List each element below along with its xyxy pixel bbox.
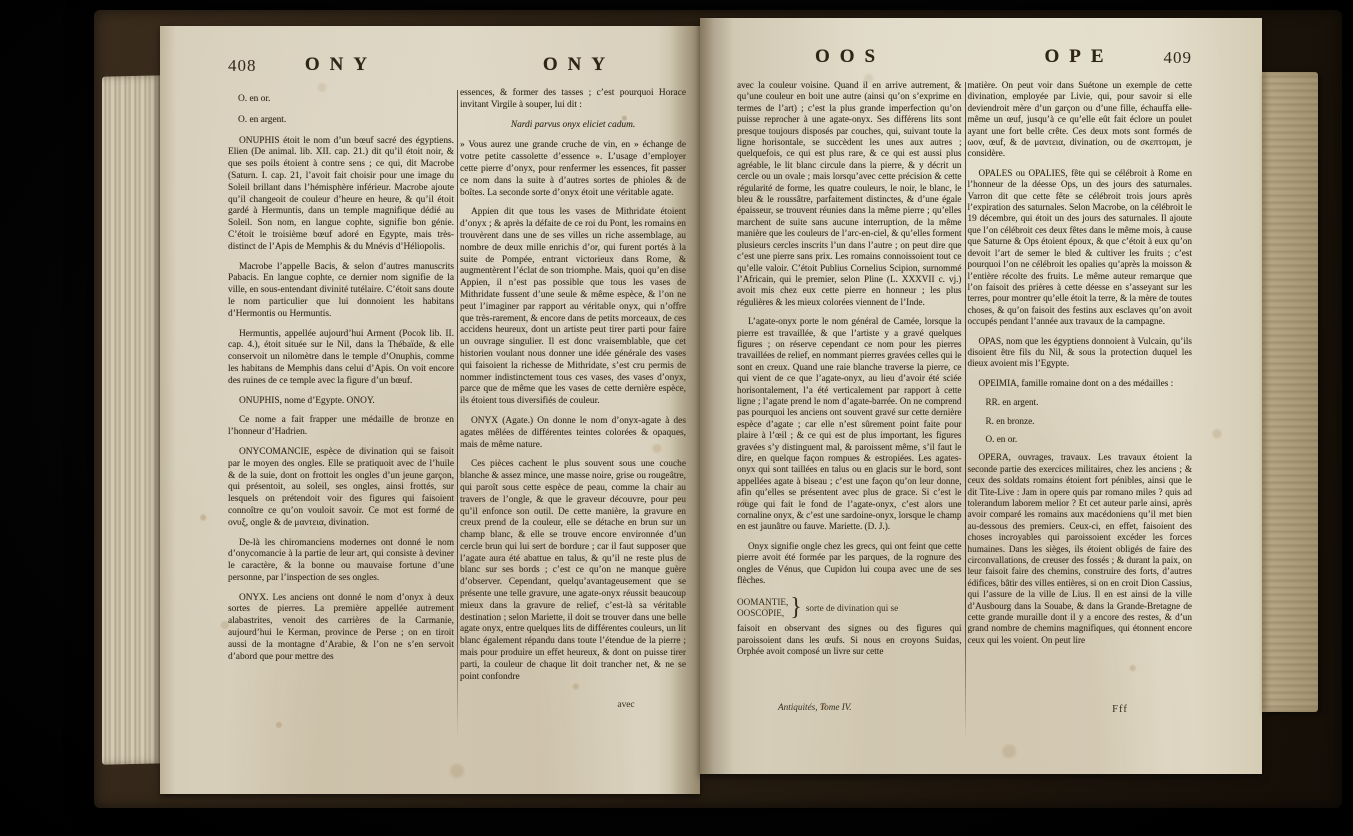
left-page-content: 408 ONY ONY O. en or. O. en argent. ONUP… — [228, 54, 692, 764]
entry-onuphis: ONUPHIS étoit le nom d’un bœuf sacré des… — [228, 136, 454, 254]
left-page: 408 ONY ONY O. en or. O. en argent. ONUP… — [160, 26, 700, 794]
headword-ooscopie: OOSCOPIE, — [737, 608, 788, 619]
entry-oomantie-continuation: faisoit en observant des signes ou des f… — [737, 623, 962, 657]
entry-hermuntis: Hermuntis, appellée aujourd’hui Arment (… — [228, 329, 454, 388]
entry-oomantie-matiere: matière. On peut voir dans Suétone un ex… — [968, 80, 1193, 160]
entry-opales: OPALES ou OPALIES, fête qui se célébroit… — [968, 168, 1193, 328]
signature-mark: Fff — [1080, 704, 1160, 715]
right-page-column-divider — [965, 82, 966, 740]
page-number-right: 409 — [1164, 48, 1193, 68]
right-page: OOS OPE 409 avec la couleur voisine. Qua… — [700, 18, 1262, 774]
entry-opeimia: OPEIMIA, famille romaine dont on a des m… — [968, 378, 1193, 389]
entry-onyx-agate-pieces: Ces pièces cachent le plus souvent sous … — [460, 459, 686, 683]
right-page-column-1: avec la couleur voisine. Quand il en arr… — [737, 80, 962, 740]
brace-glyph: } — [790, 594, 802, 622]
entry-o-en-or: O. en or. — [228, 94, 454, 106]
catchword: avec — [556, 700, 696, 710]
brace-headwords: OOMANTIE, OOSCOPIE, — [737, 597, 788, 620]
entry-onycomancie: ONYCOMANCIE, espèce de divination qui se… — [228, 447, 454, 530]
book: 408 ONY ONY O. en or. O. en argent. ONUP… — [94, 10, 1342, 808]
entry-agate-onyx-couleur: avec la couleur voisine. Quand il en arr… — [737, 80, 962, 308]
medal-bronze: R. en bronze. — [968, 416, 1193, 427]
left-page-column-1: O. en or. O. en argent. ONUPHIS étoit le… — [228, 88, 454, 738]
entry-onyx: ONYX. Les anciens ont donné le nom d’ony… — [228, 593, 454, 664]
entry-onyx-continuation: essences, & former des tasses ; c’est po… — [460, 88, 686, 112]
entry-opas: OPAS, nom que les égyptiens donnoient à … — [968, 336, 1193, 370]
brace-entry-text: sorte de divination qui se — [806, 603, 898, 613]
left-page-column-2: essences, & former des tasses ; c’est po… — [460, 88, 686, 738]
right-page-header: OOS OPE 409 — [737, 46, 1192, 80]
medal-or: O. en or. — [968, 434, 1193, 445]
running-title-right-col2: OPE — [966, 46, 1192, 68]
right-page-fore-edge — [1262, 72, 1318, 712]
entry-opera: OPERA, ouvrages, travaux. Les travaux ét… — [968, 452, 1193, 646]
running-title-right-col1: OOS — [737, 46, 963, 68]
entry-onyx-appien: Appien dit que tous les vases de Mithrid… — [460, 207, 686, 408]
right-page-columns: avec la couleur voisine. Quand il en arr… — [737, 80, 1192, 740]
verse-translation: » Vous aurez une grande cruche de vin, e… — [460, 140, 686, 199]
latin-verse: Nardi parvus onyx eliciet cadum. — [460, 120, 686, 132]
entry-onyx-agate: ONYX (Agate.) On donne le nom d’onyx-aga… — [460, 416, 686, 451]
right-page-content: OOS OPE 409 avec la couleur voisine. Qua… — [737, 46, 1192, 744]
entry-onuphis-macrobe: Macrobe l’appelle Bacis, & selon d’autre… — [228, 262, 454, 321]
medal-argent: RR. en argent. — [968, 397, 1193, 408]
right-page-column-2: matière. On peut voir dans Suétone un ex… — [968, 80, 1193, 740]
entry-onyx-ongle: Onyx signifie ongle chez les grecs, qui … — [737, 541, 962, 587]
entry-o-en-argent: O. en argent. — [228, 115, 454, 127]
entry-onuphis-nome: ONUPHIS, nome d’Egypte. ONOY. — [228, 396, 454, 408]
entry-oomantie-ooscopie: OOMANTIE, OOSCOPIE, } sorte de divinatio… — [737, 594, 962, 621]
left-page-stack-edge — [102, 75, 162, 764]
entry-onycomancie-modernes: De-là les chiromanciens modernes ont don… — [228, 538, 454, 585]
left-page-header: 408 ONY ONY — [228, 54, 692, 88]
running-title-left-col2: ONY — [466, 54, 692, 76]
headword-oomantie: OOMANTIE, — [737, 597, 788, 608]
entry-onuphis-medaille: Ce nome a fait frapper une médaille de b… — [228, 415, 454, 439]
left-page-column-divider — [457, 90, 458, 738]
entry-agate-onyx-camee: L’agate-onyx porte le nom général de Cam… — [737, 316, 962, 533]
volume-footer: Antiquités, Tome IV. — [778, 702, 852, 712]
photo-background: 408 ONY ONY O. en or. O. en argent. ONUP… — [0, 0, 1353, 836]
running-title-left-col1: ONY — [228, 54, 454, 76]
left-page-columns: O. en or. O. en argent. ONUPHIS étoit le… — [228, 88, 692, 738]
